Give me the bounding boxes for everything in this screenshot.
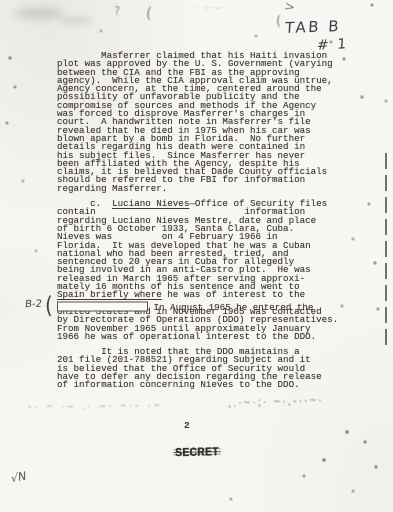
paragraph: Masferrer claimed that his Haiti invasio… [57,52,357,193]
scan-artifact-mark: · ·:··–· [196,4,223,12]
scan-speckles [0,0,2,2]
paragraph: c. Luciano Nieves—Office of Security fil… [57,200,357,341]
scan-smudge-blob [60,16,92,25]
text-line: regarding Masferrer. [57,185,357,193]
text-segment: he was of interest to the [162,289,305,300]
scan-smudge-band: -· ~ ·– .· –· ~·- ·~ [28,400,163,412]
scan-artifact-mark: ( [145,4,153,23]
text-line: 1966 he was of operational interest to t… [57,333,357,341]
scan-smudge-band: ,.·~·;· ~·,-··~· [228,394,324,409]
text-segment: 1966 he was of operational interest to t… [57,331,316,342]
scan-artifact-mark: ? [114,4,120,18]
document-text: Masferrer claimed that his Haiti invasio… [57,52,357,390]
text-segment: regarding Masferrer. [57,183,167,194]
redaction-box [57,301,148,311]
secret-classification-stamp: SECRET [175,446,219,459]
scan-smudge-blob [14,7,64,20]
page-number: 2 [184,420,190,431]
scan-artifact-mark: ( [276,14,281,29]
scanned-document-page: ? ( · ·:··–· > ( TAB B # 1 B-2 ( √N Masf… [0,0,393,512]
handwritten-initials: √N [11,470,26,486]
text-segment: Spain briefly where [57,289,162,300]
scan-edge-line [385,153,387,345]
text-line: of information concerning Nieves to the … [57,381,357,389]
handwritten-tab-label: TAB B [285,17,342,37]
paragraph: It is noted that the DDO maintains a201 … [57,348,357,389]
handwritten-margin-code: B-2 [24,299,42,311]
handwritten-margin-bracket: ( [45,291,53,319]
text-line: Spain briefly where he was of interest t… [57,291,357,299]
text-segment: of information concerning Nieves to the … [57,379,300,390]
scan-artifact-mark: > [283,0,296,16]
